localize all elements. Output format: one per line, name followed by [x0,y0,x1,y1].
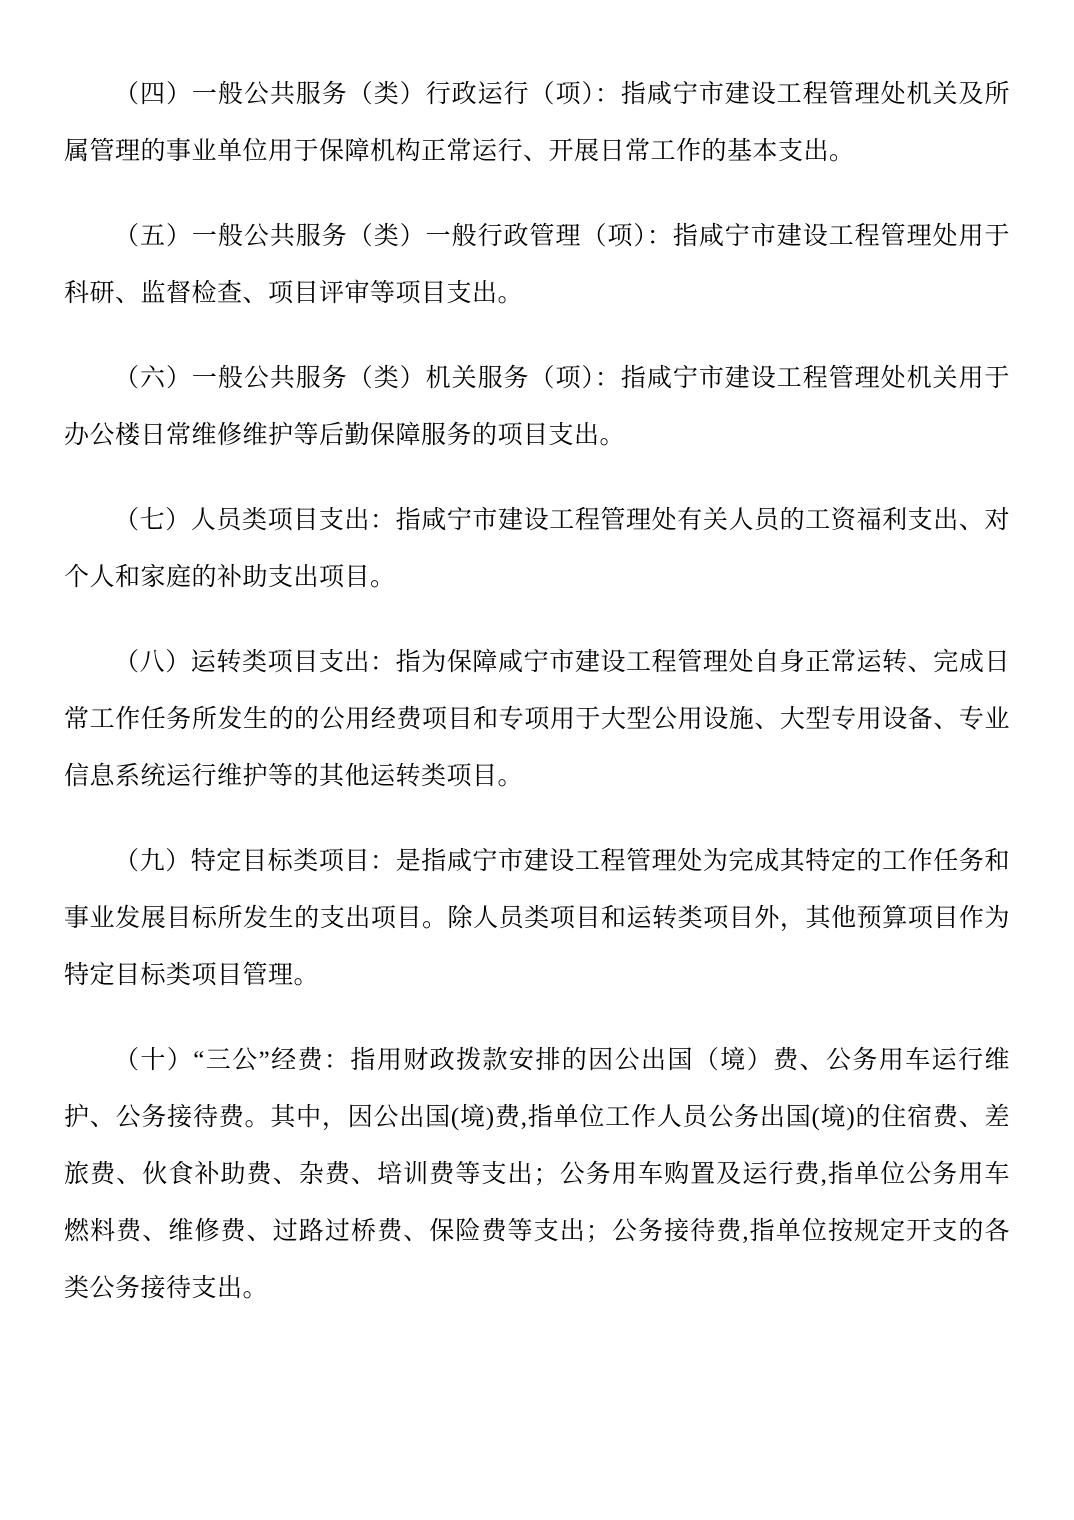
paragraph-section-4: （四）一般公共服务（类）行政运行（项）：指咸宁市建设工程管理处机关及所属管理的事… [64,66,1010,180]
paragraph-section-8: （八）运转类项目支出：指为保障咸宁市建设工程管理处自身正常运转、完成日常工作任务… [64,634,1010,805]
paragraph-section-9: （九）特定目标类项目：是指咸宁市建设工程管理处为完成其特定的工作任务和事业发展目… [64,833,1010,1004]
paragraph-section-7: （七）人员类项目支出：指咸宁市建设工程管理处有关人员的工资福利支出、对个人和家庭… [64,492,1010,606]
paragraph-section-6: （六）一般公共服务（类）机关服务（项）：指咸宁市建设工程管理处机关用于办公楼日常… [64,350,1010,464]
paragraph-section-10: （十）“三公”经费：指用财政拨款安排的因公出国（境）费、公务用车运行维护、公务接… [64,1032,1010,1317]
paragraph-section-5: （五）一般公共服务（类）一般行政管理（项）：指咸宁市建设工程管理处用于科研、监督… [64,208,1010,322]
document-page: （四）一般公共服务（类）行政运行（项）：指咸宁市建设工程管理处机关及所属管理的事… [0,0,1074,1520]
